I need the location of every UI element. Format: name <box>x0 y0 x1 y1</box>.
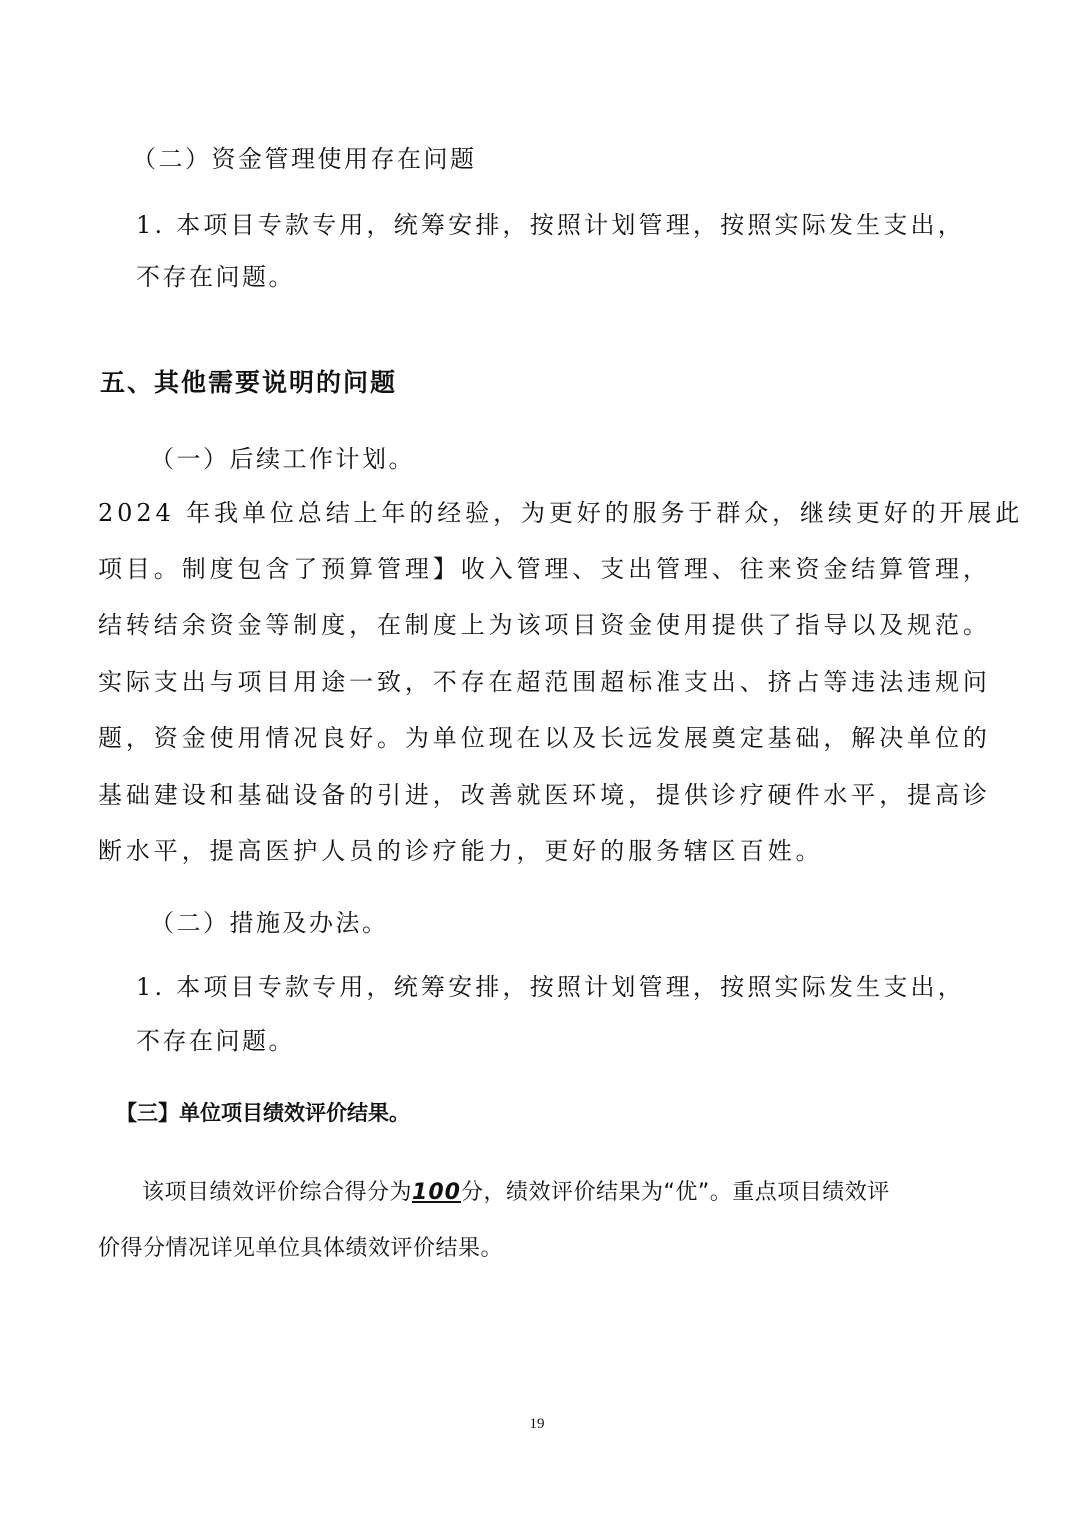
subsection-title-performance-result: 【三】单位项目绩效评价结果。 <box>116 1098 410 1128</box>
section-title-funds-management: （二）资金管理使用存在问题 <box>132 144 477 174</box>
score-text-before: 该项目绩效评价综合得分为 <box>142 1180 412 1205</box>
paragraph-line: 价得分情况详见单位具体绩效评价结果。 <box>98 1234 503 1264</box>
paragraph-line: 实际支出与项目用途一致，不存在超范围超标准支出、挤占等违法违规问 <box>98 667 991 697</box>
paragraph-line: 1. 本项目专款专用，统筹安排，按照计划管理，按照实际发生支出， <box>136 210 965 240</box>
paragraph-line: 断水平，提高医护人员的诊疗能力，更好的服务辖区百姓。 <box>98 836 823 866</box>
paragraph-line: 1. 本项目专款专用，统筹安排，按照计划管理，按照实际发生支出， <box>136 972 965 1002</box>
score-value: 100 <box>412 1180 461 1205</box>
page-number: 19 <box>0 1416 1074 1433</box>
section-heading-other-issues: 五、其他需要说明的问题 <box>100 368 397 398</box>
paragraph-line: 不存在问题。 <box>136 262 295 292</box>
subsection-title-follow-up-plan: （一）后续工作计划。 <box>150 444 415 474</box>
paragraph-line: 2024 年我单位总结上年的经验，为更好的服务于群众，继续更好的开展此 <box>98 498 1023 528</box>
subsection-title-measures: （二）措施及办法。 <box>150 908 389 938</box>
performance-score-line: 该项目绩效评价综合得分为100分，绩效评价结果为“优”。重点项目绩效评 <box>142 1178 890 1208</box>
score-text-after: 分，绩效评价结果为“优”。重点项目绩效评 <box>461 1180 890 1205</box>
paragraph-line: 结转结余资金等制度，在制度上为该项目资金使用提供了指导以及规范。 <box>98 610 991 640</box>
paragraph-line: 基础建设和基础设备的引进，改善就医环境，提供诊疗硬件水平，提高诊 <box>98 780 991 810</box>
paragraph-line: 不存在问题。 <box>136 1026 295 1056</box>
paragraph-line: 项目。制度包含了预算管理】收入管理、支出管理、往来资金结算管理， <box>98 554 991 584</box>
paragraph-line: 题，资金使用情况良好。为单位现在以及长远发展奠定基础，解决单位的 <box>98 723 991 753</box>
